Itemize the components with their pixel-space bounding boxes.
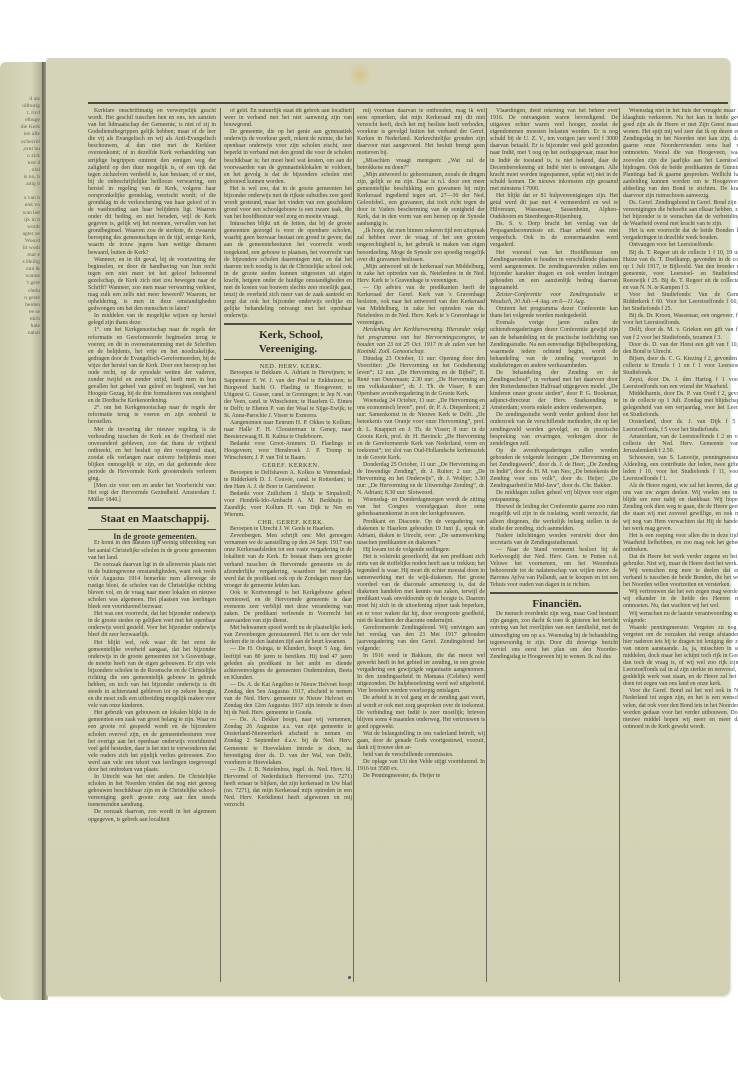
paragraph: Ds. S. v. Dorp bracht het verslag van de… bbox=[490, 221, 618, 249]
paragraph: De arbeid is in vol gang en de zending g… bbox=[357, 695, 485, 730]
paragraph: — Ds. A. Dekker hoopt, naar wij vernemen… bbox=[224, 717, 352, 767]
conference-heading: Zeister-Conferentie voor Zendingsstudie … bbox=[490, 292, 618, 306]
paragraph: De Penningmeester, ds. Heijer te bbox=[357, 773, 485, 780]
paragraph: 1°. om het Kerkgenootschap naar de regel… bbox=[88, 327, 216, 405]
column-separator bbox=[619, 108, 620, 982]
paragraph: In 1916 werd te Bakkum, die dat meest we… bbox=[357, 653, 485, 695]
paragraph: Zeyst, door Ds. J. den Hartog f 1 voor h… bbox=[623, 377, 738, 391]
paragraph: Het is een roeping voor allen die in dez… bbox=[623, 533, 738, 554]
paragraph: Wij vertrouwen dat het een zegen mag wor… bbox=[623, 589, 738, 610]
paragraph: Het is wel zoo, dat in de groote gemeent… bbox=[224, 186, 352, 221]
paragraph: Donderdag 25 October, 11 uur: „De Hervor… bbox=[357, 462, 485, 497]
paragraph: Het voorstel van het Hoofdbestuur om Zen… bbox=[490, 250, 618, 292]
paragraph: Middelharnis, door Ds. P. van Oord f 2, … bbox=[623, 391, 738, 419]
paragraph: Voor het Studiefonds: Van de Gemeente Ri… bbox=[623, 292, 738, 313]
section-rule bbox=[88, 507, 216, 509]
paragraph: Schouwen, van S. Lanooije, penningmeeste… bbox=[623, 455, 738, 483]
paragraph: Kerklare onschriftmatig en verwerpelijk … bbox=[88, 108, 216, 257]
paragraph: Bedankt voor Groot-Ammers D. Flaelings t… bbox=[224, 441, 352, 462]
paragraph: Predikant en Diaconie. Op de vergadering… bbox=[357, 519, 485, 547]
paragraph: Gereformeerde Zendingsbond. Wij ontvinge… bbox=[357, 625, 485, 653]
left-page-text: il als ullburig t, ricd elhuge die Kerk … bbox=[2, 96, 40, 337]
page-stain bbox=[348, 62, 372, 88]
paragraph: Het is volstrekt geoorloofd, dat een pre… bbox=[357, 554, 485, 625]
paragraph: Als de Heere regent, wie zal het keeren,… bbox=[623, 483, 738, 533]
paragraph: De oorzaak daarvan, zoo wordt in het alg… bbox=[88, 809, 216, 823]
paragraph: Er komt in den laatsten tijd weinig uitb… bbox=[88, 540, 216, 561]
paragraph: Ds. Geref. Zendingsbond in Geref. Bond z… bbox=[623, 200, 738, 228]
column-2: of geld. En natuurlijk staat dit gebrek … bbox=[224, 108, 352, 980]
paragraph: „Mijn antwoord is: gehoorzamen, zooals d… bbox=[357, 172, 485, 229]
page-speck bbox=[348, 976, 351, 979]
paragraph: De behandeling der Zending en de Zending… bbox=[490, 370, 618, 412]
column-1-body: Kerklare onschriftmatig en verwerpelijk … bbox=[88, 108, 216, 504]
paragraph: De zendingsstudie wordt verder gediend d… bbox=[490, 412, 618, 447]
paragraph: Zevenbergen. Men schrijft ons: Met genoe… bbox=[224, 533, 352, 590]
paragraph: De oorzaak daarvan ligt in de allereerst… bbox=[88, 562, 216, 612]
column-separator bbox=[353, 108, 354, 982]
paragraph: 2°. om het Kerkgenootschap naar de regel… bbox=[88, 405, 216, 426]
paragraph: mij voortaan daarvan te onthouden, mag i… bbox=[357, 108, 485, 158]
paragraph: De oplage van Uit den Velde stijgt voort… bbox=[357, 759, 485, 773]
paragraph: Woensdag 24 October, 11 uur: „De Hervorm… bbox=[357, 398, 485, 462]
paragraph: „Ik hoop, dat men binnen zekeren tijd ee… bbox=[357, 228, 485, 263]
column-3: mij voortaan daarvan te onthouden, mag i… bbox=[357, 108, 485, 980]
section-rule bbox=[88, 529, 216, 530]
paragraph: Het was een voorrecht, dat het bijzonder… bbox=[88, 611, 216, 639]
paragraph: Hij kwam tot de volgende stellingen: bbox=[357, 547, 485, 554]
paragraph: Voor die Geref. Bond zal het wel ook in … bbox=[623, 688, 738, 730]
column-separator bbox=[220, 108, 221, 982]
subheading-chr-geref-kerk: CHR. GEREF. KERK. bbox=[224, 519, 352, 526]
paragraph: — Ds. J. B. Netelenbos, ingel. ds. Ned. … bbox=[224, 767, 352, 809]
subheading-ned-herv-kerk: NED. HERV. KERK. bbox=[224, 363, 352, 370]
column-5: Woensdag niet in het huis der vreugde ma… bbox=[623, 108, 738, 980]
paragraph: beid van de verschillende commissies. bbox=[357, 752, 485, 759]
paragraph: Dinsdag 23 October, 11 uur: Opening door… bbox=[357, 356, 485, 398]
subheading-geref-kerken: GEREF. KERKEN. bbox=[224, 462, 352, 469]
section-rule bbox=[224, 323, 352, 325]
paragraph: „Misschien vraagt menigeen: „Wat zal de … bbox=[357, 158, 485, 172]
paragraph: — De H. Osinga, te Klundert, hoopt 5 Aug… bbox=[224, 646, 352, 681]
section-rule bbox=[490, 592, 618, 594]
paragraph: — Ds. A. de Kat Angelino te Nieuw Helvoe… bbox=[224, 682, 352, 717]
section-heading-kerk-school: Kerk, School, Vereeniging. bbox=[224, 328, 352, 356]
paragraph: Met bekwamen spoed wordt nu de plaatseli… bbox=[224, 625, 352, 646]
paragraph: Wat de belangstelling in ons vaderland b… bbox=[357, 731, 485, 752]
paragraph: Ook te Kortvenrogd is het Kerkgebouw geh… bbox=[224, 590, 352, 625]
paragraph: Het is een voorrecht dat de beide Bonden… bbox=[623, 228, 738, 242]
paragraph: In Utrecht was het niet anders. De Chris… bbox=[88, 774, 216, 809]
section-heading-staat: Staat en Maatschappij. bbox=[88, 512, 216, 526]
paragraph: Bijsen, door ds. C. G. Kiezing f 2, gevo… bbox=[623, 356, 738, 377]
paragraph: Intusschen blijkt uit de feiten, dat bij… bbox=[224, 221, 352, 320]
paragraph: In middelen van de mogelijke wijzen op h… bbox=[88, 313, 216, 327]
paragraph: Beroepen te Bekkum A. Adriani te Herwijn… bbox=[224, 370, 352, 420]
paragraph: Evenals vorige jaren zullen de ochtendve… bbox=[490, 320, 618, 370]
paragraph: Waarde penningmeester. Vergeten zu nog e… bbox=[623, 625, 738, 689]
section-rule bbox=[224, 359, 352, 360]
paragraph: Wij wenschen nog mee te deelen dat er ee… bbox=[623, 568, 738, 589]
column-1: Kerklare onschriftmatig en verwerpelijk … bbox=[88, 108, 216, 980]
paragraph: Bij ds. T. Regeer uit de collecte 1 f 10… bbox=[623, 250, 738, 292]
paragraph: Wanneer, en in dit geval, bij de voortze… bbox=[88, 257, 216, 314]
paragraph: Nadere inlichtingen worden verstrekt doo… bbox=[490, 533, 618, 547]
paragraph: — Naar de Stand verneemt besloot bij de … bbox=[490, 547, 618, 589]
paragraph: Dat de Heere het werk verder zegene en h… bbox=[623, 554, 738, 568]
paragraph: De gemeente, die op het genie aan gymnas… bbox=[224, 129, 352, 186]
paragraph: Aangenomen naar Eenrum H. P. Okkes te Ko… bbox=[224, 420, 352, 441]
top-rule bbox=[88, 102, 728, 104]
paragraph: Bedankt voor Zuilichem J. Sluijs te Sinp… bbox=[224, 491, 352, 519]
paragraph: Woensdag- en Donderdagmorgen wordt de zi… bbox=[357, 497, 485, 518]
paragraph: Door ds. D. van der Horst een gift van f… bbox=[623, 342, 738, 356]
paragraph: Omtrent het programma dezer Conferentie … bbox=[490, 306, 618, 320]
paragraph: Op de avondvergaderingen zullen worden g… bbox=[490, 448, 618, 490]
paragraph: Oosterland, door ds. J. van Dijk f 5 voo… bbox=[623, 419, 738, 433]
column-4: Vlaardingen, deed rekening van het behee… bbox=[490, 108, 618, 980]
section-heading-financien: Financiën. bbox=[490, 597, 618, 611]
paragraph: Het blijkt dat er 81 hulpvereenigingen z… bbox=[490, 193, 618, 221]
paragraph: Bij ds. Dr. Kroon, Wassenaar, een ongeve… bbox=[623, 313, 738, 327]
article-heading-groote-gemeenten: In de groote gemeenten. bbox=[88, 533, 216, 540]
paragraph: „Mijn antwoord uit de kerkeraad van Midd… bbox=[357, 264, 485, 285]
column-separator bbox=[486, 108, 487, 982]
paragraph: of geld. En natuurlijk staat dit gebrek … bbox=[224, 108, 352, 129]
paragraph: Woensdag niet in het huis der vreugde ma… bbox=[623, 108, 738, 200]
paragraph: Herdenking der Kerkhervorming. Hieronder… bbox=[357, 327, 485, 355]
paragraph: Amsterdam, van de Leerstoelfonds f 2 en … bbox=[623, 434, 738, 455]
paragraph: Wij wenschen nu de laatste verantwoordin… bbox=[623, 611, 738, 625]
paragraph: — Op advies van de predikanten heeft de … bbox=[357, 285, 485, 327]
paragraph: Hoewel de leiding der Conferentie gaarne… bbox=[490, 504, 618, 532]
left-page-edge: il als ullburig t, ricd elhuge die Kerk … bbox=[0, 62, 44, 1000]
paragraph: Vlaardingen, deed rekening van het behee… bbox=[490, 108, 618, 193]
paragraph: De middagen zullen geheel vrij blijven v… bbox=[490, 490, 618, 504]
paragraph: Het gebruik van gebouwen en lokalen blij… bbox=[88, 710, 216, 774]
paragraph: Met de invoering der nieuwe regeling is … bbox=[88, 427, 216, 484]
newspaper-page: Kerklare onschriftmatig en verwerpelijk … bbox=[46, 58, 730, 996]
paragraph: Het blijkt wel, ook waar dit het eerst d… bbox=[88, 640, 216, 711]
paragraph: Delft, door ds. M. v. Grieken een gift v… bbox=[623, 327, 738, 341]
reference-note: [Men zie voor een en ander het Voorberic… bbox=[88, 483, 216, 504]
paragraph: De mensch overdenkt zijn weg, maar God b… bbox=[490, 611, 618, 661]
paragraph: Beroepen te Delfshaven A. Kolkos te Venn… bbox=[224, 470, 352, 491]
paragraph: Ontvangen voor het Leerstoelfonds: bbox=[623, 242, 738, 249]
